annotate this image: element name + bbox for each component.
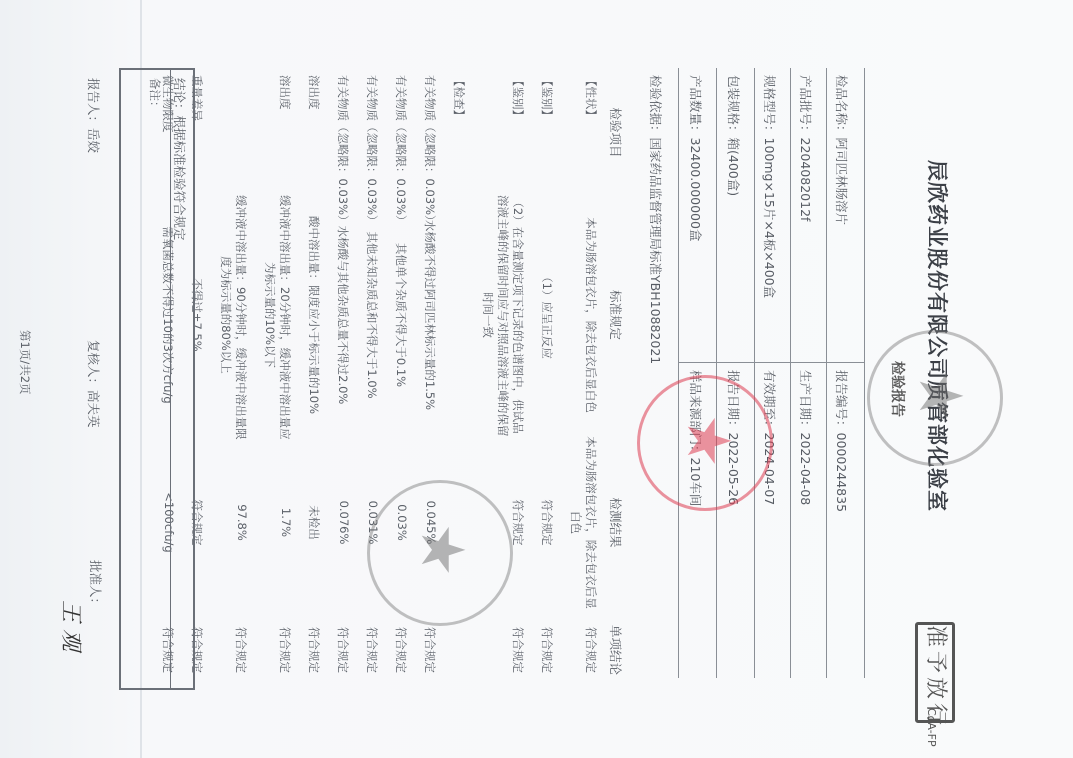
inspection-basis: 检验依据：国家药品监督管理局标准YBH10882021 bbox=[647, 75, 665, 364]
report-no: 报告编号：0000244835 bbox=[833, 370, 851, 512]
info-top-rule bbox=[864, 68, 865, 678]
test-result: 未检出 bbox=[306, 435, 322, 610]
test-standard: （1）应呈正反应 bbox=[539, 195, 555, 435]
spec: 规格型号：100mg×15片×4板×400盒 bbox=[761, 75, 779, 298]
test-result: 本品为肠溶包衣片，除去包衣后显 bbox=[583, 435, 599, 610]
product-name: 检品名称：阿司匹林肠溶片 bbox=[833, 75, 851, 225]
test-result: 0.076% bbox=[337, 435, 351, 610]
approver: 批准人： bbox=[87, 560, 105, 610]
production-date: 生产日期：2022-04-08 bbox=[797, 370, 815, 505]
test-result: 符合规定 bbox=[510, 435, 526, 610]
test-result: 1.7% bbox=[279, 435, 293, 610]
test-standard: 为标示量的10%以下 bbox=[262, 195, 278, 435]
page-number: 第1页/共2页 bbox=[17, 330, 33, 395]
col-header-result: 检测结果 bbox=[607, 435, 625, 610]
test-item: 【鉴别】 bbox=[539, 75, 555, 121]
test-standard: 水杨酸不得过阿司匹林标示量的1.5% bbox=[422, 195, 438, 435]
remarks-label: 备注： bbox=[147, 78, 163, 113]
col-header-standard: 标准规定 bbox=[607, 195, 625, 435]
col-rule bbox=[679, 362, 865, 363]
grey-dept-seal: ★ bbox=[367, 480, 513, 626]
test-conclusion: 符合规定 bbox=[539, 615, 555, 685]
test-conclusion: 符合规定 bbox=[233, 615, 249, 685]
inspection-report-page: 辰欣药业股份有限公司质管部化验室 CoA-FP 准予放行 ★ 检验报告 检品名称… bbox=[0, 0, 1073, 758]
col-header-conclusion: 单项结论 bbox=[607, 615, 625, 685]
row-rule bbox=[678, 68, 679, 678]
test-conclusion: 符合规定 bbox=[583, 615, 599, 685]
row-rule bbox=[716, 68, 717, 678]
row-rule bbox=[826, 68, 827, 678]
test-standard: 本品为肠溶包衣片，除去包衣后显白色 bbox=[583, 195, 599, 435]
company-seal: ★ 检验报告 bbox=[867, 330, 1003, 466]
release-stamp: 准予放行 bbox=[915, 622, 955, 723]
red-quality-seal: ★ bbox=[637, 375, 773, 511]
test-item: 溶出度 bbox=[306, 75, 322, 110]
seal-subtitle: 检验报告 bbox=[888, 361, 908, 417]
reporter: 报告人：岳姣 bbox=[85, 78, 103, 153]
test-standard: 酸中溶出量：限度应小于标示量的10% bbox=[306, 195, 322, 435]
test-conclusion: 符合规定 bbox=[510, 615, 526, 685]
test-item: 【鉴别】 bbox=[510, 75, 526, 121]
quantity: 产品数量：32400.000000盒 bbox=[687, 75, 705, 241]
test-result: 白色 bbox=[568, 435, 584, 610]
test-result: 97.8% bbox=[235, 435, 249, 610]
seal-star-icon: ★ bbox=[412, 523, 472, 577]
seal-star-icon: ★ bbox=[678, 414, 738, 468]
batch-no: 产品批号：2204082012f bbox=[797, 75, 815, 221]
test-conclusion: 符合规定 bbox=[393, 615, 409, 685]
test-standard: 度为标示量的80%以上 bbox=[218, 195, 234, 435]
test-result: 符合规定 bbox=[539, 435, 555, 610]
test-standard: 时间一致 bbox=[480, 195, 496, 435]
test-conclusion: 符合规定 bbox=[335, 615, 351, 685]
seal-star-icon: ★ bbox=[910, 369, 970, 423]
test-standard: 其他未知杂质总和不得大于1.0% bbox=[364, 195, 380, 435]
test-conclusion: 符合规定 bbox=[306, 615, 322, 685]
test-standard: 缓冲液中溶出量：20分钟时，缓冲液中溶出量应 bbox=[277, 195, 293, 435]
test-item: 【性状】 bbox=[583, 75, 599, 121]
row-rule bbox=[754, 68, 755, 678]
test-standard: 溶液主峰的保留时间应与对照品溶液主峰的保留 bbox=[495, 195, 511, 435]
reviewer: 复核人：高夫英 bbox=[85, 340, 103, 428]
test-standard: 水杨酸与其他杂质总量不得过2.0% bbox=[335, 195, 351, 435]
test-conclusion: 符合规定 bbox=[364, 615, 380, 685]
approver-signature: 王 观 bbox=[57, 600, 88, 651]
test-standard: 缓冲液中溶出量：90分钟时，缓冲液中溶出量限 bbox=[233, 195, 249, 435]
test-item: 【检查】 bbox=[451, 75, 467, 121]
row-rule bbox=[790, 68, 791, 678]
package: 包装规格：箱(400盒) bbox=[725, 75, 743, 196]
test-item: 溶出度 bbox=[277, 75, 293, 110]
conclusion-text: 结论：根据标准检验符合规定 bbox=[171, 78, 189, 241]
test-conclusion: 符合规定 bbox=[277, 615, 293, 685]
test-standard: 其他单个杂质不得大于0.1% bbox=[393, 195, 409, 435]
test-standard: （2）在含量测定项下记录的色谱图中，供试品 bbox=[510, 195, 526, 435]
col-header-item: 检验项目 bbox=[607, 75, 625, 190]
